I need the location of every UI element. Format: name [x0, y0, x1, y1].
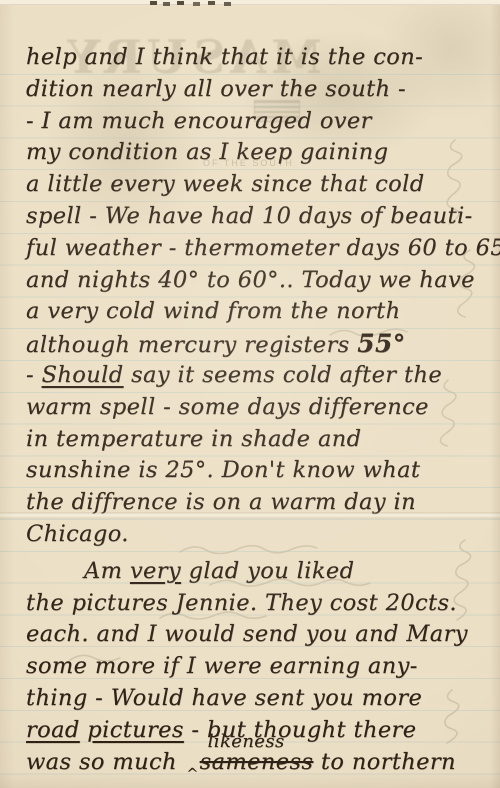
- letter-text-segment: a little every week since that cold: [26, 171, 425, 197]
- edge-ink-marks: [150, 1, 157, 5]
- letter-line: sunshine is 25°. Don't know what: [26, 455, 498, 487]
- insert-caret: ^: [187, 759, 199, 788]
- letter-text-segment: sunshine is 25°. Don't know what: [26, 457, 420, 483]
- letter-text-segment: the pictures Jennie. They cost 20cts.: [26, 590, 457, 616]
- letter-line: - I am much encouraged over: [26, 106, 498, 138]
- letter-text-segment: was so much: [26, 749, 185, 775]
- scan-top-edge: [0, 0, 500, 5]
- letter-text-segment: Should: [42, 362, 124, 388]
- letter-text-segment: thing - Would have sent you more: [26, 685, 422, 711]
- letter-line: a very cold wind from the north: [26, 296, 498, 328]
- letter-text-segment: the diffrence is on a warm day in: [26, 489, 416, 515]
- letter-page: MASURY OF THE SOUTH help and I think tha…: [0, 0, 500, 788]
- letter-text-segment: Chicago.: [26, 521, 129, 547]
- letter-text-segment: warm spell - some days difference: [26, 394, 429, 420]
- letter-text-segment: very: [130, 558, 181, 584]
- letter-text-segment: glad you liked: [181, 558, 354, 584]
- letter-text-segment: dition nearly all over the south -: [26, 76, 406, 102]
- letter-line: the pictures Jennie. They cost 20cts.: [26, 588, 498, 620]
- letter-line: dition nearly all over the south -: [26, 74, 498, 106]
- letter-text-segment: pictures: [87, 717, 184, 743]
- letter-line: Am very glad you liked: [26, 556, 498, 588]
- letter-text-segment: - I am much encouraged over: [26, 108, 372, 134]
- letter-text-segment: my condition as I keep gaining: [26, 139, 388, 165]
- letter-text-segment: to northern: [313, 749, 456, 775]
- letter-text-segment: 55°: [357, 329, 406, 358]
- letter-line: Chicago.: [26, 519, 498, 551]
- letter-text-segment: and nights 40° to 60°.. Today we have: [26, 267, 475, 293]
- letter-line: a little every week since that cold: [26, 169, 498, 201]
- letter-line: help and I think that it is the con-: [26, 42, 498, 74]
- letter-text-segment: help and I think that it is the con-: [26, 44, 423, 70]
- letter-line: thing - Would have sent you more: [26, 683, 498, 715]
- letter-line: in temperature in shade and: [26, 424, 498, 456]
- letter-line: each. and I would send you and Mary: [26, 619, 498, 651]
- letter-line: ful weather - thermometer days 60 to 65: [26, 233, 498, 265]
- letter-line: spell - We have had 10 days of beauti-: [26, 201, 498, 233]
- letter-text-segment: a very cold wind from the north: [26, 298, 400, 324]
- letter-text-segment: in temperature in shade and: [26, 426, 361, 452]
- inserted-word-above: likeness: [208, 733, 285, 751]
- letter-text-segment: -: [26, 362, 42, 388]
- letter-text-segment: some more if I were earning any-: [26, 653, 418, 679]
- letter-line: although mercury registers 55°: [26, 328, 498, 360]
- letter-body: help and I think that it is the con-diti…: [26, 42, 498, 778]
- letter-line: - Should say it seems cold after the: [26, 360, 498, 392]
- letter-text-segment: say it seems cold after the: [124, 362, 443, 388]
- letter-line: warm spell - some days difference: [26, 392, 498, 424]
- letter-text-segment: spell - We have had 10 days of beauti-: [26, 203, 473, 229]
- letter-text-segment: ful weather - thermometer days 60 to 65: [26, 235, 500, 261]
- letter-line: and nights 40° to 60°.. Today we have: [26, 265, 498, 297]
- letter-text-segment: each. and I would send you and Mary: [26, 621, 468, 647]
- letter-line: my condition as I keep gaining: [26, 137, 498, 169]
- letter-line: was so much ^samenesslikeness to norther…: [26, 747, 498, 779]
- letter-line: the diffrence is on a warm day in: [26, 487, 498, 519]
- letter-text-segment: road: [26, 717, 80, 743]
- struck-word: samenesslikeness: [200, 749, 314, 775]
- letter-line: some more if I were earning any-: [26, 651, 498, 683]
- letter-text-segment: although mercury registers: [26, 332, 357, 358]
- letter-text-segment: Am: [84, 558, 130, 584]
